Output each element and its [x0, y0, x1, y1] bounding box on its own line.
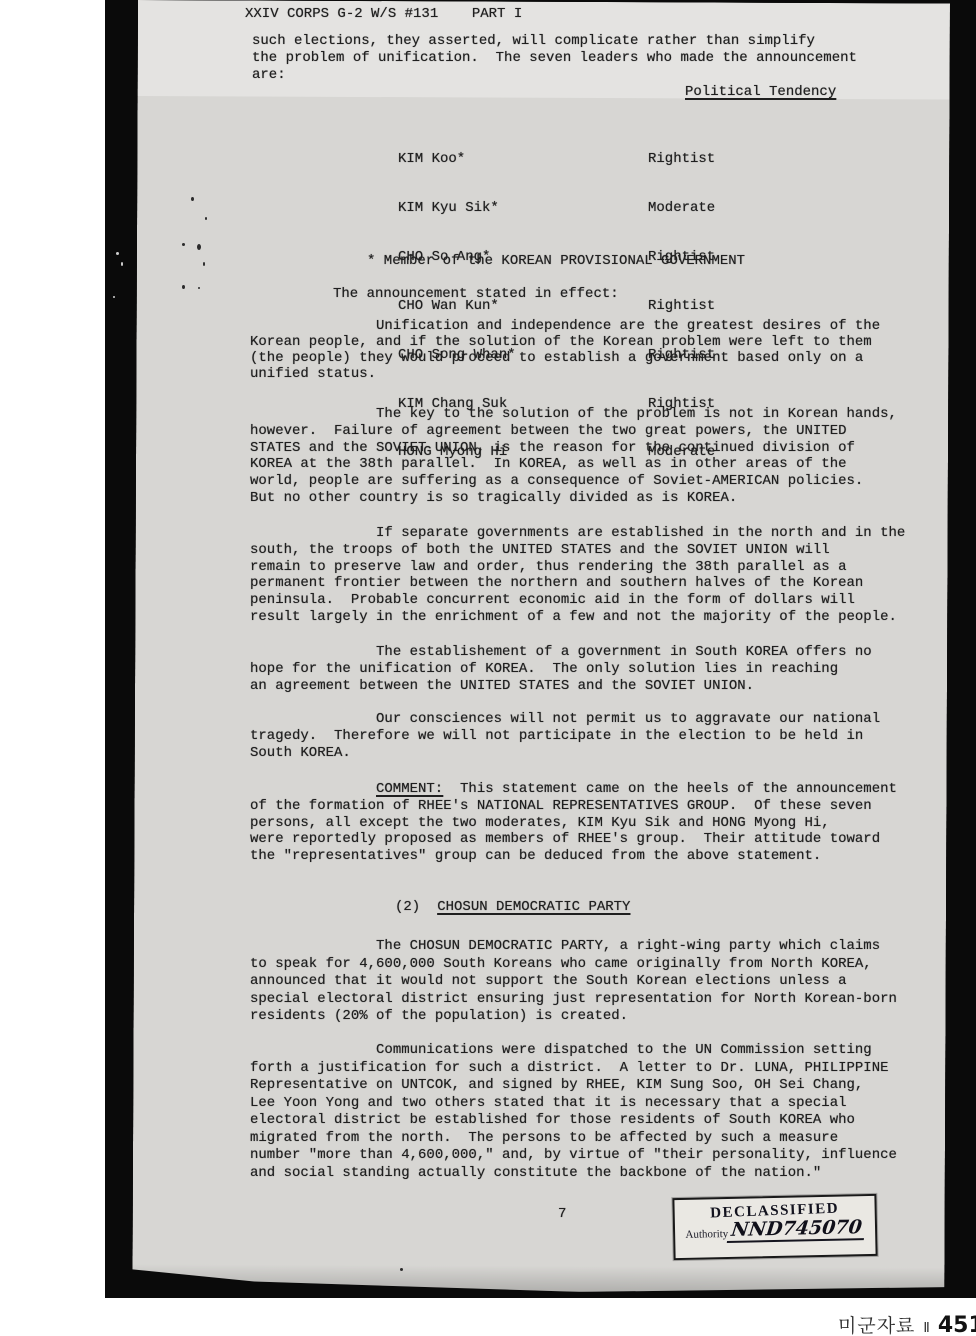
paragraph-comment: COMMENT: This statement came on the heel… — [250, 781, 897, 865]
scan-artifact — [121, 262, 123, 266]
section-title: CHOSUN DEMOCRATIC PARTY — [437, 899, 630, 915]
scan-artifact — [182, 243, 185, 246]
political-tendency: Rightist — [648, 298, 715, 314]
paragraph-unification: Unification and independence are the gre… — [250, 318, 880, 382]
scan-artifact — [400, 1268, 403, 1271]
declassified-stamp: DECLASSIFIED Authority NND745070 — [672, 1194, 877, 1260]
scan-artifact — [205, 217, 207, 220]
authority-number: NND745070 — [727, 1218, 866, 1243]
comment-body: This statement came on the heels of the … — [250, 781, 897, 864]
scan-artifact — [203, 262, 205, 266]
roster-row: KIM Kyu Sik*Moderate — [398, 200, 715, 217]
scan-artifact — [182, 285, 185, 289]
caption-series: 미군자료 — [838, 1311, 915, 1336]
scan-artifact — [197, 244, 201, 250]
authority-label: Authority — [685, 1228, 728, 1244]
intro-paragraph: such elections, they asserted, will comp… — [252, 33, 857, 83]
roster-row: KIM Koo*Rightist — [398, 151, 715, 168]
page-number: 7 — [558, 1206, 566, 1223]
scan-artifact — [116, 252, 119, 255]
political-tendency: Rightist — [648, 151, 715, 167]
political-tendency-header: Political Tendency — [685, 84, 836, 101]
paragraph-consciences: Our consciences will not permit us to ag… — [250, 711, 880, 761]
section-heading: (2)CHOSUN DEMOCRATIC PARTY — [395, 899, 630, 916]
political-tendency: Moderate — [648, 200, 715, 216]
scan-artifact — [198, 287, 200, 289]
photo-caption: 미군자료 Ⅱ 451 — [838, 1311, 976, 1336]
paragraph-communications: Communications were dispatched to the UN… — [250, 1042, 897, 1182]
scan-artifact — [191, 197, 194, 201]
paragraph-key-to-solution: The key to the solution of the problem i… — [250, 406, 897, 507]
scan-artifact — [113, 296, 115, 298]
caption-page-number: 451 — [938, 1313, 976, 1336]
leader-name: KIM Koo* — [398, 151, 648, 168]
kpg-footnote: * Member of the KOREAN PROVISIONAL GOVER… — [367, 253, 745, 270]
announcement-lead: The announcement stated in effect: — [333, 286, 619, 303]
paragraph-chosun-party: The CHOSUN DEMOCRATIC PARTY, a right-win… — [250, 938, 897, 1026]
caption-volume: Ⅱ — [923, 1321, 929, 1336]
section-number: (2) — [395, 899, 420, 915]
book-page: XXIV CORPS G-2 W/S #131 PART I such elec… — [0, 0, 976, 1336]
comment-label: COMMENT: — [376, 781, 443, 797]
leader-name: KIM Kyu Sik* — [398, 200, 648, 217]
doc-header: XXIV CORPS G-2 W/S #131 PART I — [245, 6, 522, 23]
paragraph-separate-governments: If separate governments are established … — [250, 525, 905, 626]
paragraph-establishment: The establishement of a government in So… — [250, 644, 872, 694]
